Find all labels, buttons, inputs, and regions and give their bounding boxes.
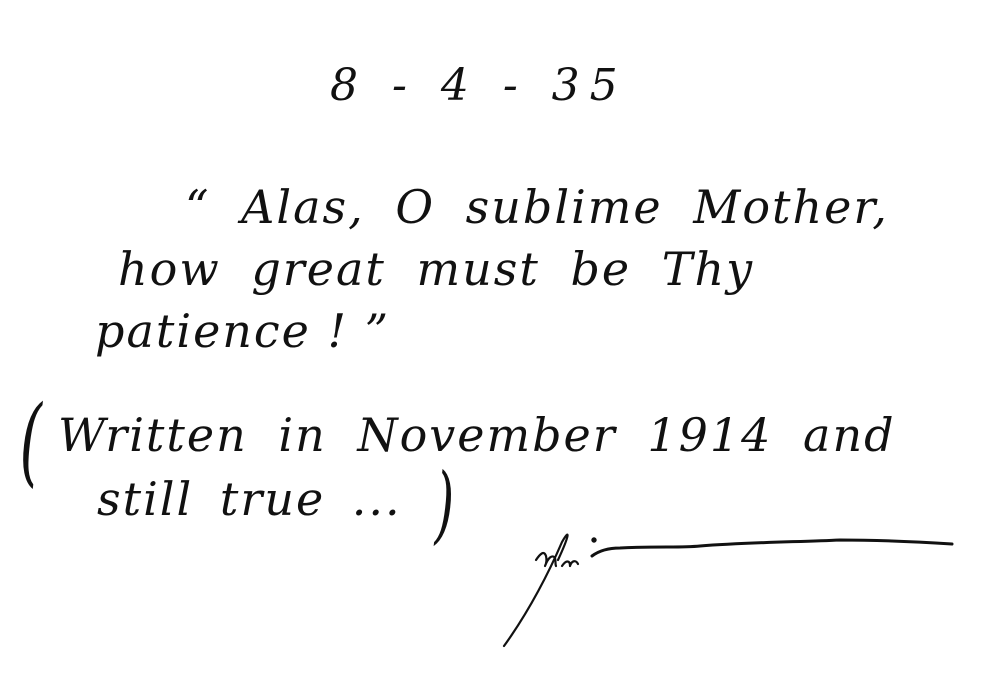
- open-parenthesis: (: [19, 385, 41, 497]
- signature-icon: [500, 520, 960, 660]
- quote-line-1: “ Alas, O sublime Mother,: [185, 180, 889, 234]
- quote-line-3: patience ! ”: [95, 304, 390, 358]
- date-text: 8 - 4 - 35: [330, 60, 628, 111]
- note-line-1: Written in November 1914 and: [58, 408, 896, 462]
- close-parenthesis: ): [435, 455, 455, 553]
- quote-line-2: how great must be Thy: [118, 242, 754, 296]
- note-line-2: still true ...: [97, 472, 402, 526]
